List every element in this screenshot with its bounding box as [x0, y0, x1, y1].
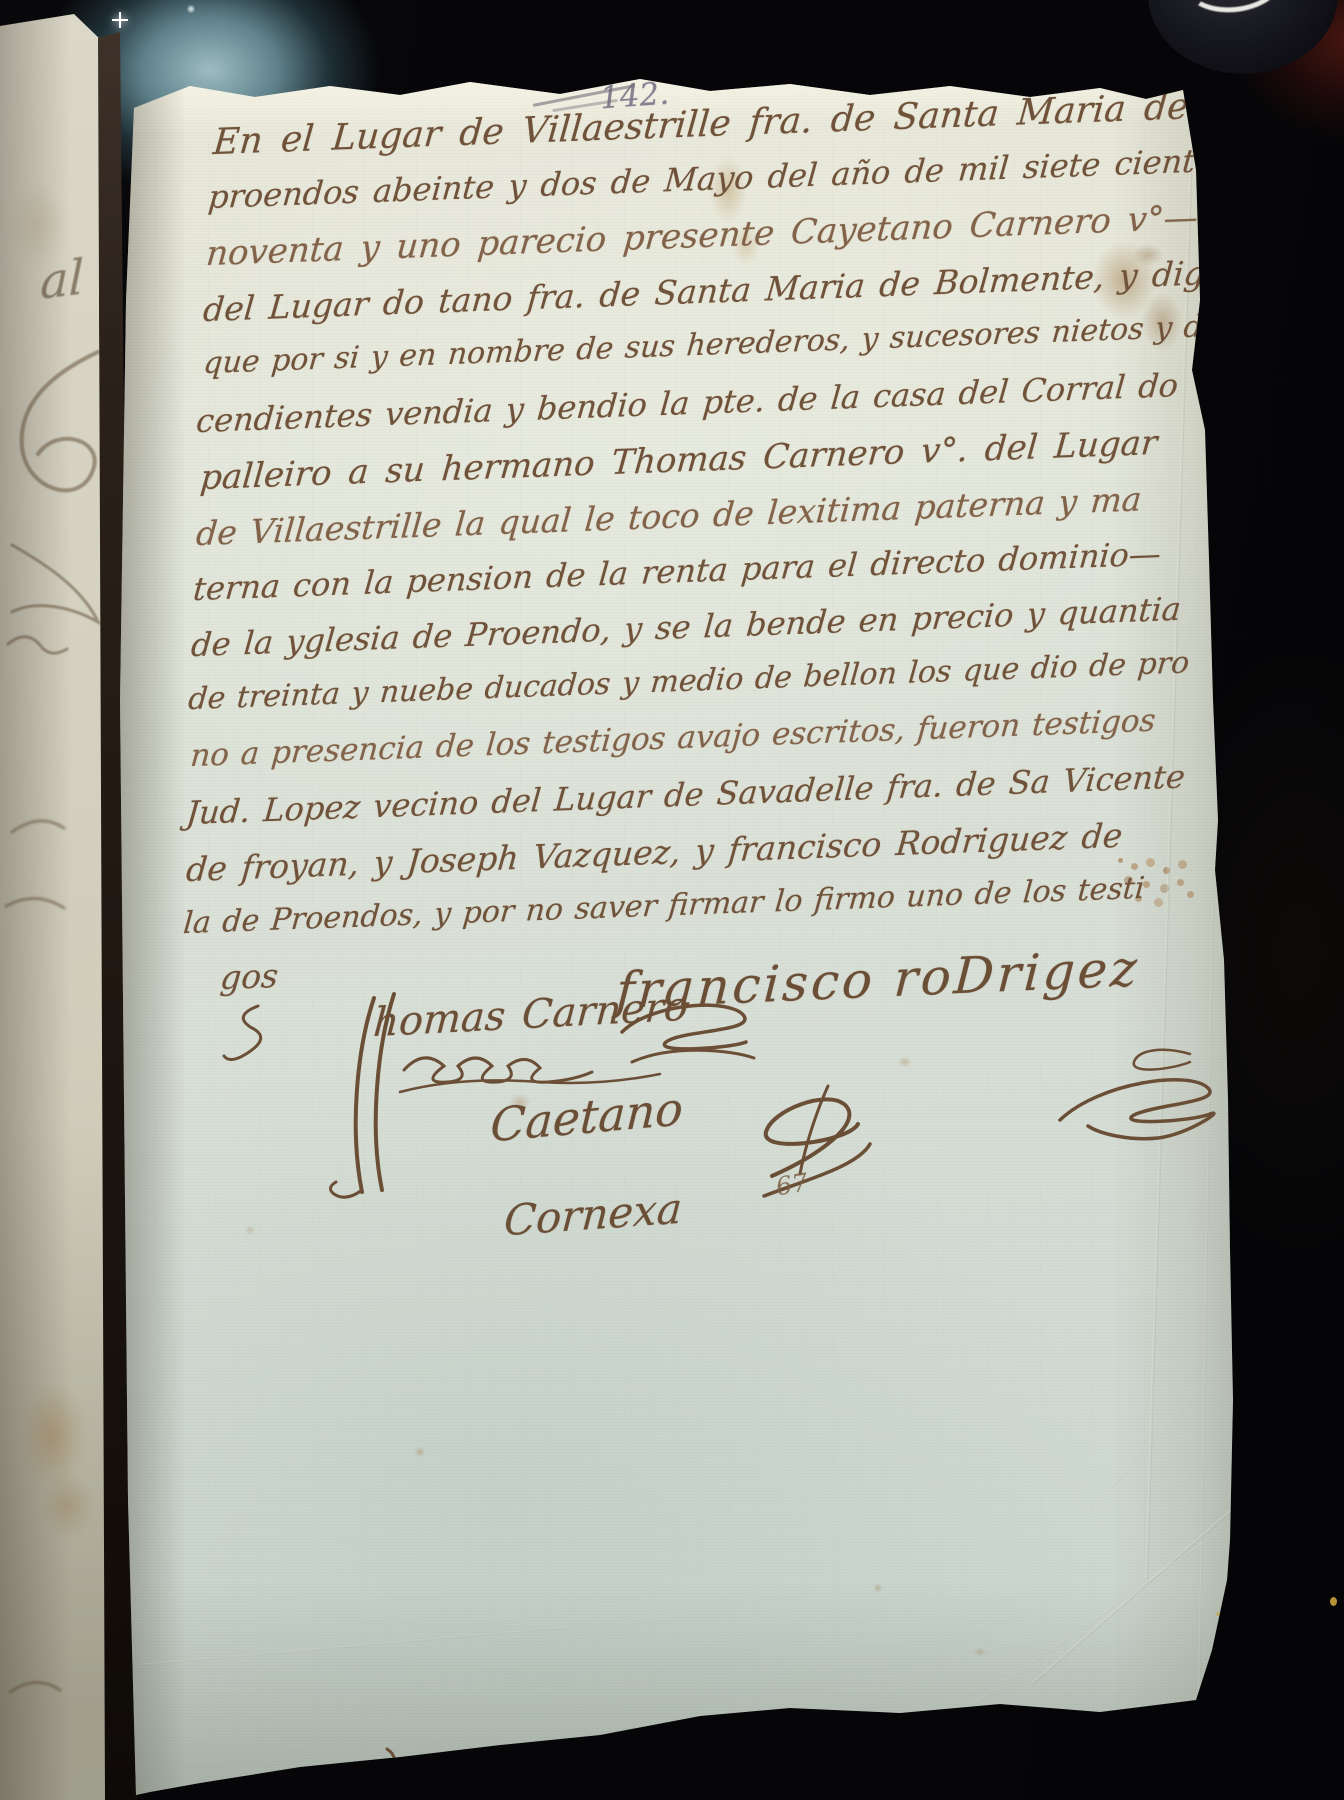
manuscript-photo: al 142.	[0, 0, 1344, 1800]
photo-vignette	[0, 0, 1344, 1800]
